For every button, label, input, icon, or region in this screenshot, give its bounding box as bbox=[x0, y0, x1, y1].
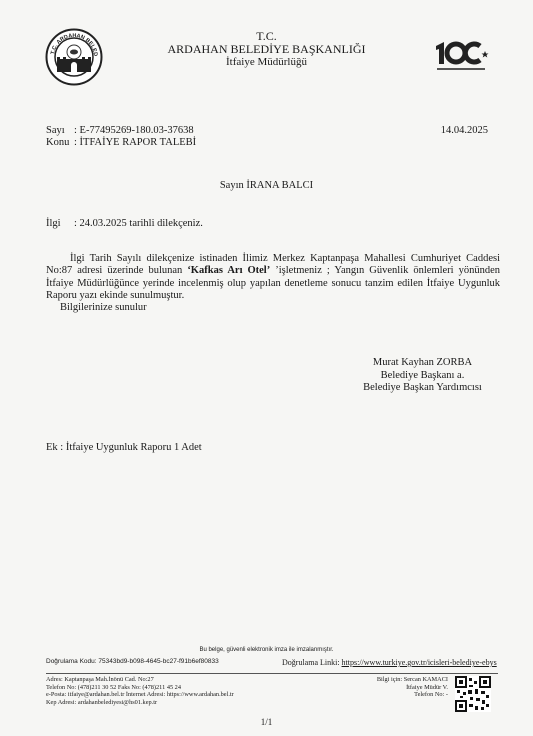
contact-block: Bilgi için: Sercan KAMACI İtfaiye Müdür … bbox=[370, 676, 448, 699]
subject: Konu: İTFAİYE RAPOR TALEBİ bbox=[46, 137, 196, 149]
esign-note: Bu belge, güvenli elektronik imza ile im… bbox=[0, 647, 533, 653]
centenary-logo bbox=[432, 38, 492, 74]
reference-number: Sayı: E-77495269-180.03-37638 bbox=[46, 125, 196, 137]
signature-block: Murat Kayhan ZORBA Belediye Başkanı a. B… bbox=[360, 357, 485, 395]
document-meta: Sayı: E-77495269-180.03-37638 Konu: İTFA… bbox=[46, 125, 196, 149]
body-paragraph: İlgi Tarih Sayılı dilekçenize istinaden … bbox=[46, 253, 500, 302]
address-block: Adres: Kaptanpaşa Mah.İnönü Cad. No:27 T… bbox=[46, 676, 234, 706]
document-date: 14.04.2025 bbox=[441, 125, 488, 136]
addressee: Sayın İRANA BALCI bbox=[0, 180, 533, 191]
page-number: 1/1 bbox=[0, 717, 533, 727]
reference-line: İlgi: 24.03.2025 tarihli dilekçeniz. bbox=[46, 218, 203, 229]
verification-link[interactable]: https://www.turkiye.gov.tr/icisleri-bele… bbox=[342, 658, 497, 667]
verification-code: Doğrulama Kodu: 75343bd9-b098-4645-bc27-… bbox=[46, 658, 219, 665]
letter-body: İlgi Tarih Sayılı dilekçenize istinaden … bbox=[46, 253, 500, 314]
verification-link-row: Doğrulama Linki: https://www.turkiye.gov… bbox=[282, 658, 497, 667]
footer-divider bbox=[46, 673, 498, 674]
signer-title: Belediye Başkanı a. bbox=[360, 370, 485, 383]
signer-title-2: Belediye Başkan Yardımcısı bbox=[360, 382, 485, 395]
attachment-note: Ek : İtfaiye Uygunluk Raporu 1 Adet bbox=[46, 442, 202, 453]
qr-code-icon bbox=[455, 676, 491, 712]
signer-name: Murat Kayhan ZORBA bbox=[360, 357, 485, 370]
closing-line: Bilgilerinize sunulur bbox=[46, 302, 500, 314]
